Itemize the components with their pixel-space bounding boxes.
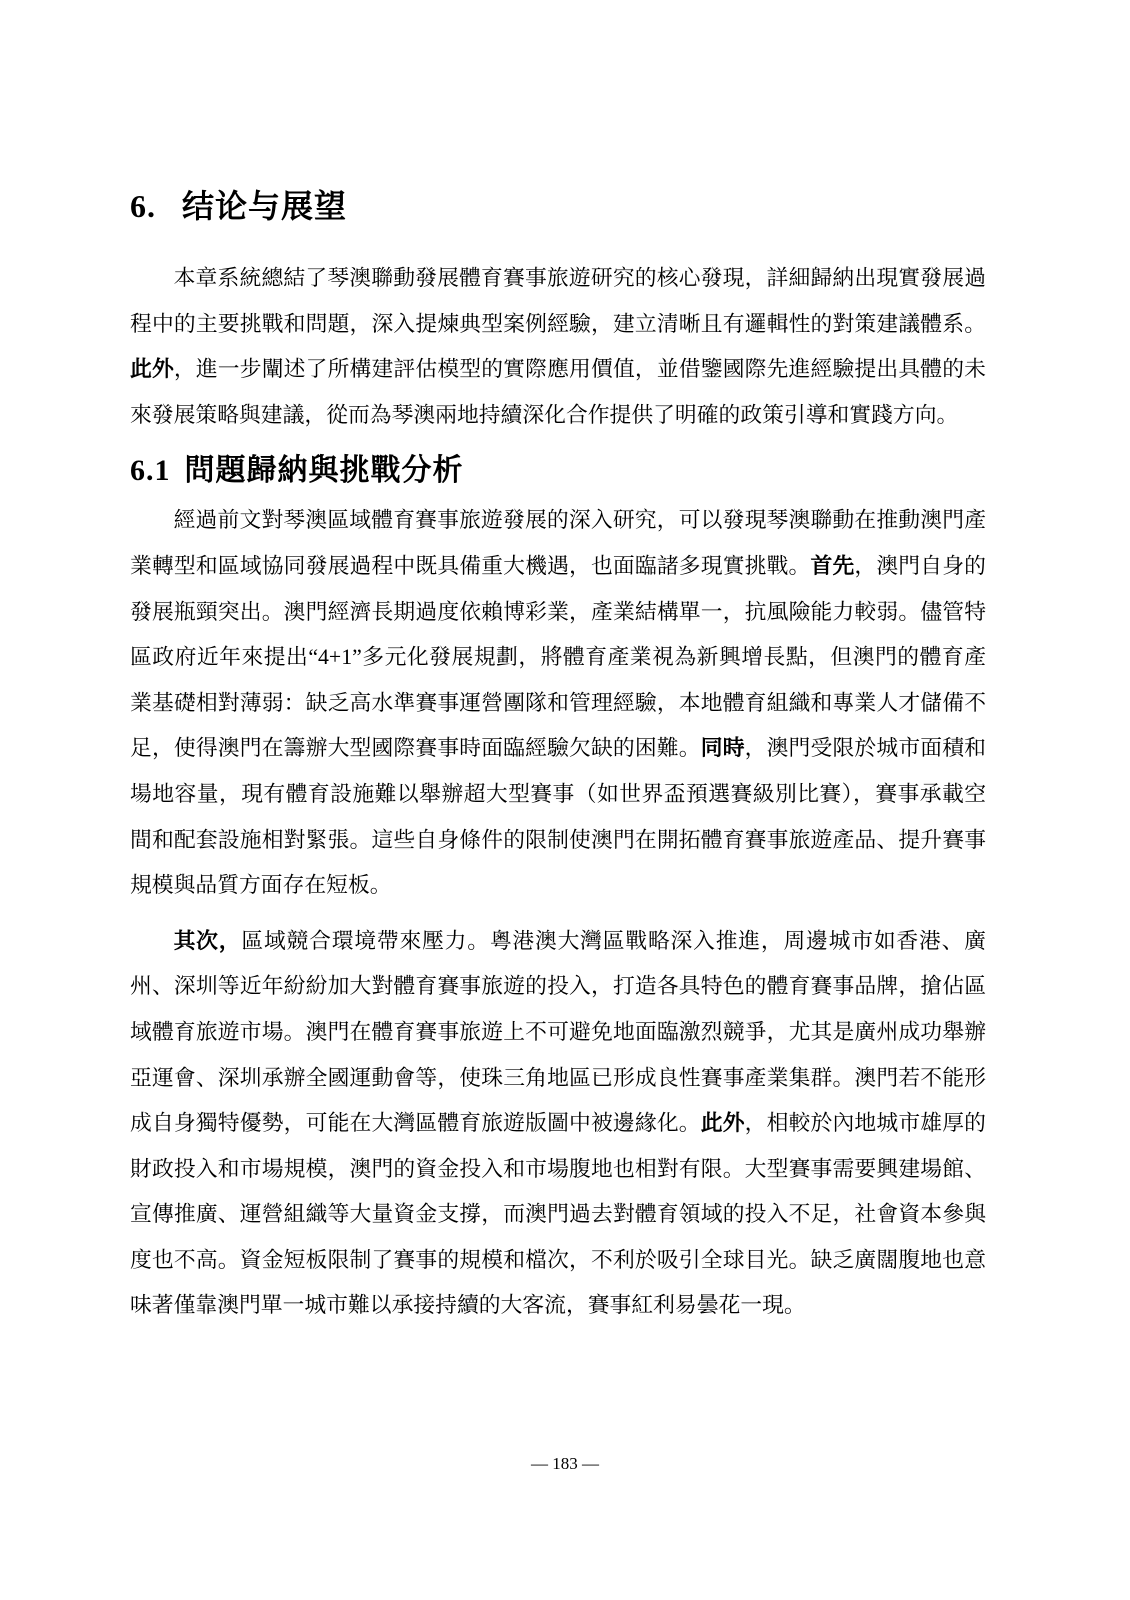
page-content: 6.结论与展望 本章系統總結了琴澳聯動發展體育賽事旅遊研究的核心發現，詳細歸納出… bbox=[130, 0, 986, 1329]
section-number: 6.1 bbox=[130, 450, 171, 492]
paragraph-macao-challenges: 經過前文對琴澳區域體育賽事旅遊發展的深入研究，可以發現琴澳聯動在推動澳門產業轉型… bbox=[130, 498, 986, 908]
page-number: — 183 — bbox=[0, 1452, 1130, 1476]
document-page: 6.结论与展望 本章系統總結了琴澳聯動發展體育賽事旅遊研究的核心發現，詳細歸納出… bbox=[0, 0, 1130, 1600]
section-title: 問題歸納與挑戰分析 bbox=[185, 454, 464, 487]
paragraph-summary: 本章系統總結了琴澳聯動發展體育賽事旅遊研究的核心發現，詳細歸納出現實發展過程中的… bbox=[130, 256, 986, 438]
paragraph-regional-competition: 其次，區域競合環境帶來壓力。粵港澳大灣區戰略深入推進，周邊城市如香港、廣州、深圳… bbox=[130, 919, 986, 1329]
chapter-heading: 6.结论与展望 bbox=[130, 0, 986, 228]
section-heading: 6.1問題歸納與挑戰分析 bbox=[130, 450, 986, 492]
chapter-title: 结论与展望 bbox=[182, 188, 347, 224]
chapter-number: 6. bbox=[130, 184, 156, 228]
